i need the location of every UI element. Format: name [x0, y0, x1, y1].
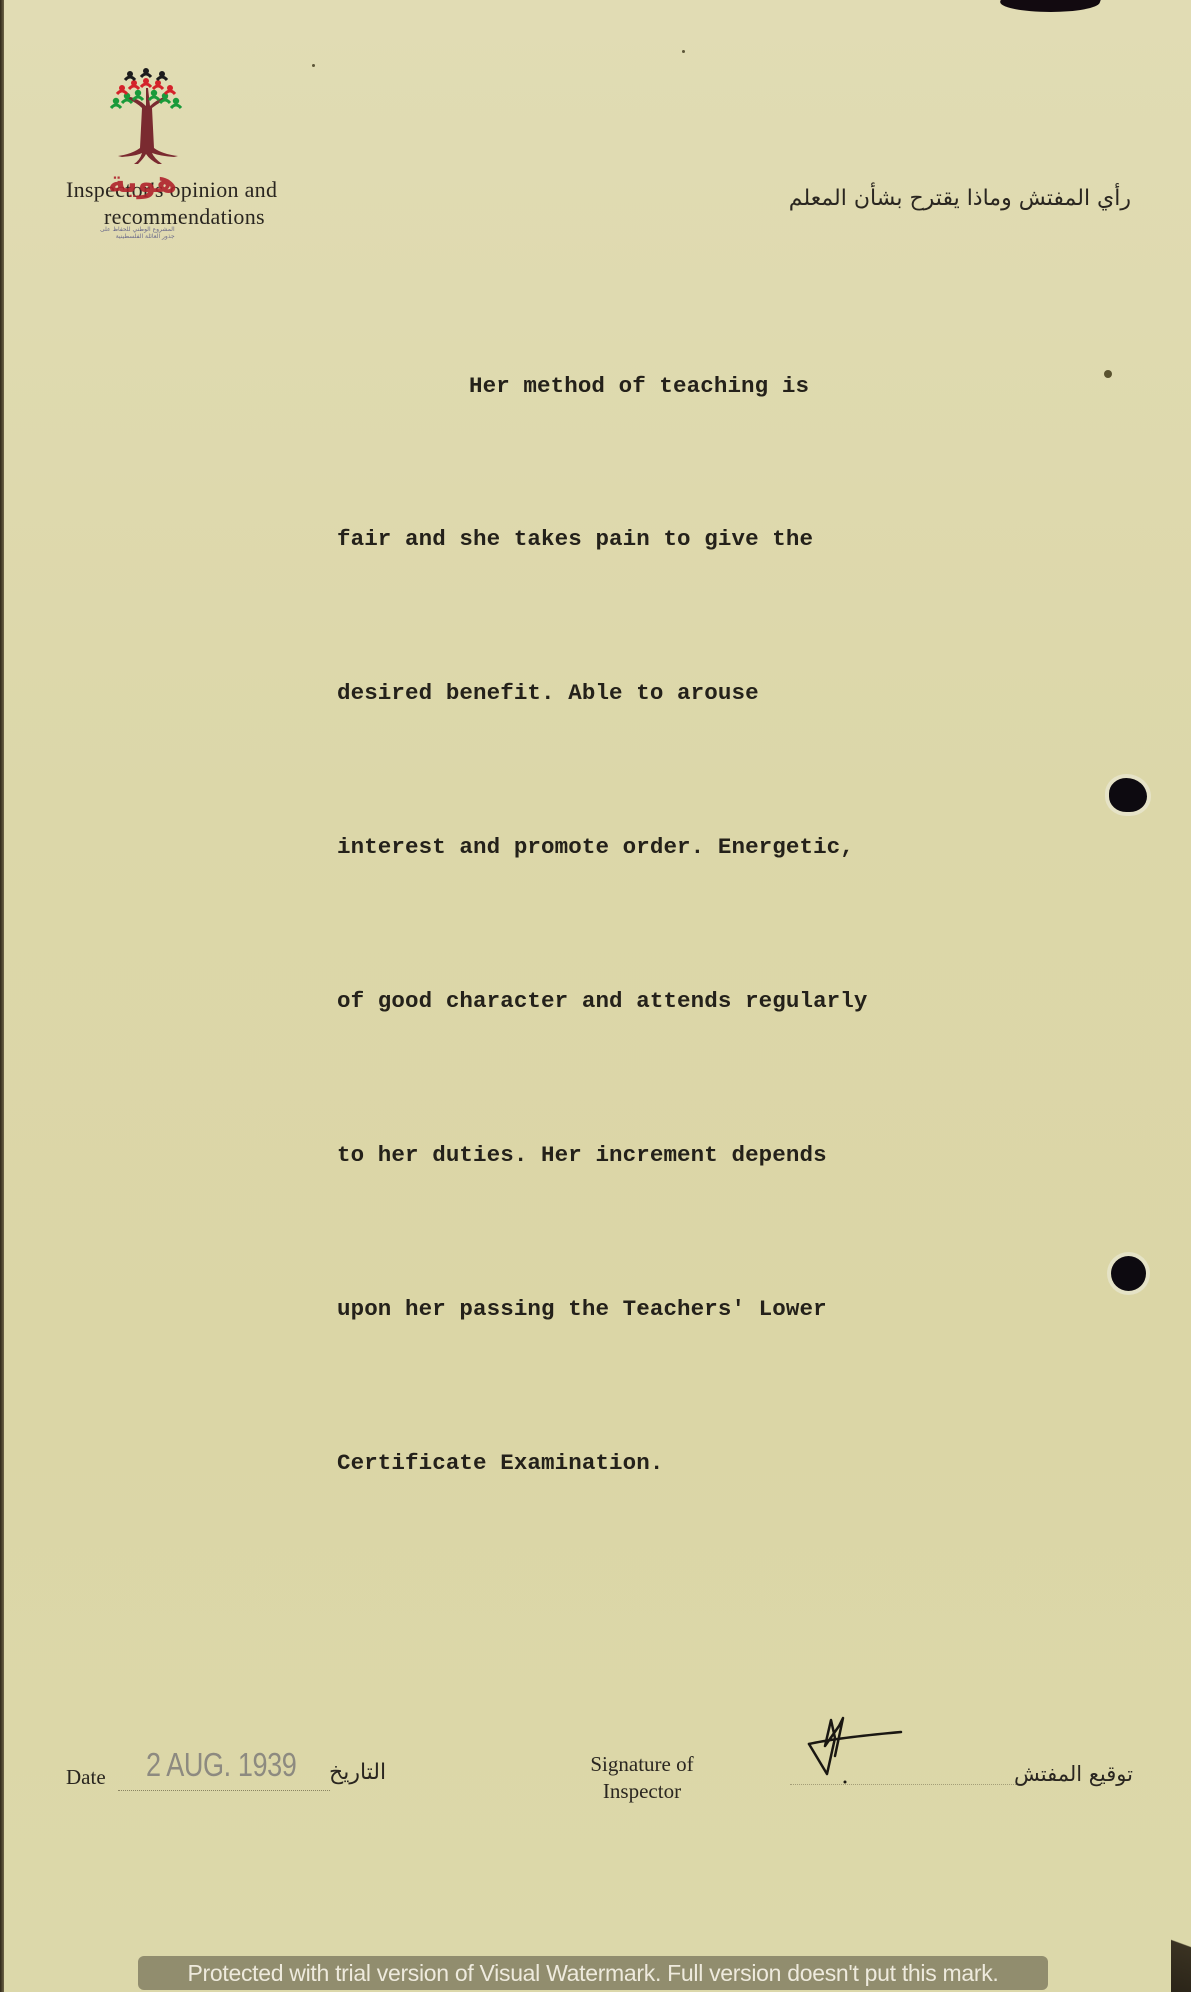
body-line: to her duties. Her increment depends — [337, 1130, 977, 1181]
signature-label-arabic: توقيع المفتش — [1014, 1762, 1133, 1786]
family-tree-logo-icon — [108, 68, 184, 166]
watermark-banner: Protected with trial version of Visual W… — [138, 1956, 1048, 1990]
paper-speck — [1104, 370, 1112, 378]
logo-subtitle-line1: المشروع الوطني للحفاظ على — [100, 226, 175, 233]
body-line: upon her passing the Teachers' Lower — [337, 1284, 977, 1335]
date-dotted-line — [118, 1790, 330, 1791]
logo-overlay-text: هوية — [108, 168, 177, 198]
page-edge — [0, 0, 4, 1992]
heading-english: Inspector's opinion and recommendations — [66, 176, 336, 230]
body-line: interest and promote order. Energetic, — [337, 822, 977, 873]
inspector-opinion-text: Her method of teaching is fair and she t… — [337, 258, 977, 1540]
body-line: desired benefit. Able to arouse — [337, 668, 977, 719]
heading-arabic: رأي المفتش وماذا يقترح بشأن المعلم — [789, 186, 1131, 211]
date-label-arabic: التاريخ — [329, 1760, 386, 1785]
handwritten-signature-icon — [805, 1716, 905, 1786]
paper-speck — [312, 64, 315, 67]
punch-hole — [1111, 1256, 1146, 1291]
signature-label-line2: Inspector — [572, 1778, 712, 1805]
page-corner-fold — [1171, 1882, 1191, 1992]
date-label: Date — [66, 1765, 106, 1790]
body-line: Certificate Examination. — [337, 1438, 977, 1489]
date-stamp: 2 AUG. 1939 — [146, 1746, 296, 1784]
signature-label: Signature of Inspector — [572, 1751, 712, 1805]
signature-label-line1: Signature of — [572, 1751, 712, 1778]
punch-hole — [1109, 778, 1147, 812]
logo-subtitle-line2: جذور العائلة الفلسطينية — [100, 233, 175, 240]
heading-english-line1: Inspector's opinion and — [66, 176, 336, 203]
logo-subtitle: المشروع الوطني للحفاظ على جذور العائلة ا… — [100, 226, 175, 240]
body-line: of good character and attends regularly — [337, 976, 977, 1027]
paper-speck — [682, 50, 685, 53]
body-line: Her method of teaching is — [337, 361, 977, 412]
body-line: fair and she takes pain to give the — [337, 514, 977, 565]
